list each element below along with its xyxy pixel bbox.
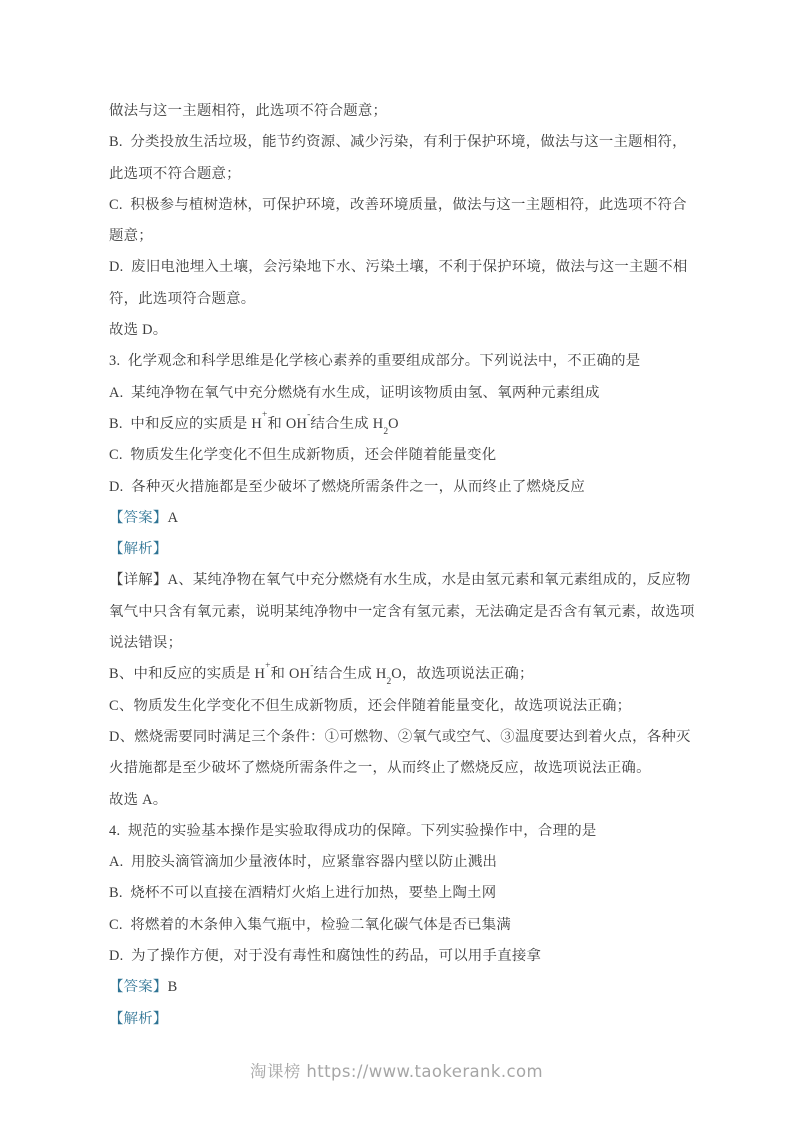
text-segment: 和 OH: [267, 416, 307, 432]
subscript: 2: [383, 427, 388, 437]
text-segment: B、中和反应的实质是 H: [109, 666, 265, 682]
text-segment: B. 中和反应的实质是 H: [109, 416, 262, 432]
option-line: B. 烧杯不可以直接在酒精灯火焰上进行加热，要垫上陶土网: [109, 878, 687, 909]
option-line: D. 废旧电池埋入土壤，会污染地下水、污染土壤，不利于保护环境，做法与这一主题不…: [109, 252, 687, 283]
paragraph-line: 符，此选项符合题意。: [109, 284, 687, 315]
conclusion-line: 故选 A。: [109, 785, 687, 816]
superscript: +: [265, 661, 270, 671]
text-segment: 题意；: [109, 228, 153, 244]
text-segment: 4. 规范的实验基本操作是实验取得成功的保障。下列实验操作中，合理的是: [109, 823, 597, 839]
text-segment: B: [168, 979, 178, 995]
text-segment: 说法错误；: [109, 635, 182, 651]
bracket-label: 【答案】: [109, 510, 168, 526]
option-line: C. 积极参与植树造林，可保护环境，改善环境质量，做法与这一主题相符，此选项不符…: [109, 190, 687, 221]
bracket-label: 【解析】: [109, 1011, 168, 1027]
paragraph-line: 火措施都是至少破坏了燃烧所需条件之一，从而终止了燃烧反应，故选项说法正确。: [109, 753, 687, 784]
text-segment: B. 烧杯不可以直接在酒精灯火焰上进行加热，要垫上陶土网: [109, 885, 496, 901]
paragraph-line: B、中和反应的实质是 H+和 OH-结合生成 H2O，故选项说法正确；: [109, 659, 687, 690]
text-segment: 3. 化学观念和科学思维是化学核心素养的重要组成部分。下列说法中，不正确的是: [109, 353, 640, 369]
text-segment: C. 将燃着的木条伸入集气瓶中，检验二氧化碳气体是否已集满: [109, 917, 511, 933]
text-segment: 此选项不符合题意；: [109, 166, 241, 182]
analysis-line: 【解析】: [109, 1004, 687, 1035]
answer-line: 【答案】A: [109, 503, 687, 534]
text-segment: C. 物质发生化学变化不但生成新物质，还会伴随着能量变化: [109, 447, 496, 463]
paragraph-line: 题意；: [109, 221, 687, 252]
bracket-label: 【答案】: [109, 979, 168, 995]
text-segment: C、物质发生化学变化不但生成新物质，还会伴随着能量变化，故选项说法正确；: [109, 698, 631, 714]
text-segment: 符，此选项符合题意。: [109, 291, 255, 307]
paragraph-line: 做法与这一主题相符，此选项不符合题意；: [109, 96, 687, 127]
text-segment: D. 各种灭火措施都是至少破坏了燃烧所需条件之一，从而终止了燃烧反应: [109, 479, 585, 495]
superscript: -: [307, 410, 310, 420]
text-segment: 氧气中只含有氧元素，说明某纯净物中一定含有氢元素，无法确定是否含有氧元素，故选项: [109, 604, 695, 620]
option-line: C. 将燃着的木条伸入集气瓶中，检验二氧化碳气体是否已集满: [109, 910, 687, 941]
option-line: B. 分类投放生活垃圾，能节约资源、减少污染，有利于保护环境，做法与这一主题相符…: [109, 127, 687, 158]
subscript: 2: [386, 677, 391, 687]
text-segment: C. 积极参与植树造林，可保护环境，改善环境质量，做法与这一主题相符，此选项不符…: [109, 197, 687, 213]
option-line: D. 各种灭火措施都是至少破坏了燃烧所需条件之一，从而终止了燃烧反应: [109, 472, 687, 503]
text-segment: A. 用胶头滴管滴加少量液体时，应紧靠容器内壁以防止溅出: [109, 854, 497, 870]
answer-line: 【答案】B: [109, 972, 687, 1003]
paragraph-line: 氧气中只含有氧元素，说明某纯净物中一定含有氢元素，无法确定是否含有氧元素，故选项: [109, 597, 687, 628]
option-line: C. 物质发生化学变化不但生成新物质，还会伴随着能量变化: [109, 440, 687, 471]
document-page: 做法与这一主题相符，此选项不符合题意；B. 分类投放生活垃圾，能节约资源、减少污…: [0, 0, 793, 1122]
paragraph-line: 此选项不符合题意；: [109, 159, 687, 190]
superscript: +: [262, 410, 267, 420]
text-segment: O，故选项说法正确；: [391, 666, 533, 682]
text-segment: 做法与这一主题相符，此选项不符合题意；: [109, 103, 387, 119]
text-segment: 故选 A。: [109, 792, 167, 808]
question-line: 4. 规范的实验基本操作是实验取得成功的保障。下列实验操作中，合理的是: [109, 816, 687, 847]
analysis-line: 【解析】: [109, 534, 687, 565]
option-line: A. 用胶头滴管滴加少量液体时，应紧靠容器内壁以防止溅出: [109, 847, 687, 878]
footer-watermark: 淘课榜 https://www.taokerank.com: [0, 1058, 793, 1082]
text-segment: 【详解】A、某纯净物在氧气中充分燃烧有水生成，水是由氢元素和氧元素组成的，反应物: [109, 572, 691, 588]
text-segment: B. 分类投放生活垃圾，能节约资源、减少污染，有利于保护环境，做法与这一主题相符…: [109, 134, 687, 150]
text-segment: D. 废旧电池埋入土壤，会污染地下水、污染土壤，不利于保护环境，做法与这一主题不…: [109, 259, 688, 275]
paragraph-line: C、物质发生化学变化不但生成新物质，还会伴随着能量变化，故选项说法正确；: [109, 691, 687, 722]
question-line: 3. 化学观念和科学思维是化学核心素养的重要组成部分。下列说法中，不正确的是: [109, 346, 687, 377]
text-segment: 结合生成 H: [313, 666, 386, 682]
option-line: A. 某纯净物在氧气中充分燃烧有水生成，证明该物质由氢、氧两种元素组成: [109, 378, 687, 409]
text-segment: 和 OH: [270, 666, 310, 682]
text-segment: A: [168, 510, 179, 526]
paragraph-line: D、燃烧需要同时满足三个条件：①可燃物、②氧气或空气、③温度要达到着火点，各种灭: [109, 722, 687, 753]
text-segment: O: [388, 416, 399, 432]
option-line: D. 为了操作方便，对于没有毒性和腐蚀性的药品，可以用手直接拿: [109, 941, 687, 972]
text-lines: 做法与这一主题相符，此选项不符合题意；B. 分类投放生活垃圾，能节约资源、减少污…: [109, 96, 687, 1035]
text-segment: 故选 D。: [109, 322, 167, 338]
paragraph-line: 说法错误；: [109, 628, 687, 659]
text-segment: 结合生成 H: [310, 416, 383, 432]
text-segment: A. 某纯净物在氧气中充分燃烧有水生成，证明该物质由氢、氧两种元素组成: [109, 385, 600, 401]
detail-line: 【详解】A、某纯净物在氧气中充分燃烧有水生成，水是由氢元素和氧元素组成的，反应物: [109, 565, 687, 596]
conclusion-line: 故选 D。: [109, 315, 687, 346]
superscript: -: [310, 661, 313, 671]
text-segment: D. 为了操作方便，对于没有毒性和腐蚀性的药品，可以用手直接拿: [109, 948, 541, 964]
text-segment: D、燃烧需要同时满足三个条件：①可燃物、②氧气或空气、③温度要达到着火点，各种灭: [109, 729, 691, 745]
bracket-label: 【解析】: [109, 541, 168, 557]
option-line: B. 中和反应的实质是 H+和 OH-结合生成 H2O: [109, 409, 687, 440]
text-segment: 火措施都是至少破坏了燃烧所需条件之一，从而终止了燃烧反应，故选项说法正确。: [109, 760, 651, 776]
